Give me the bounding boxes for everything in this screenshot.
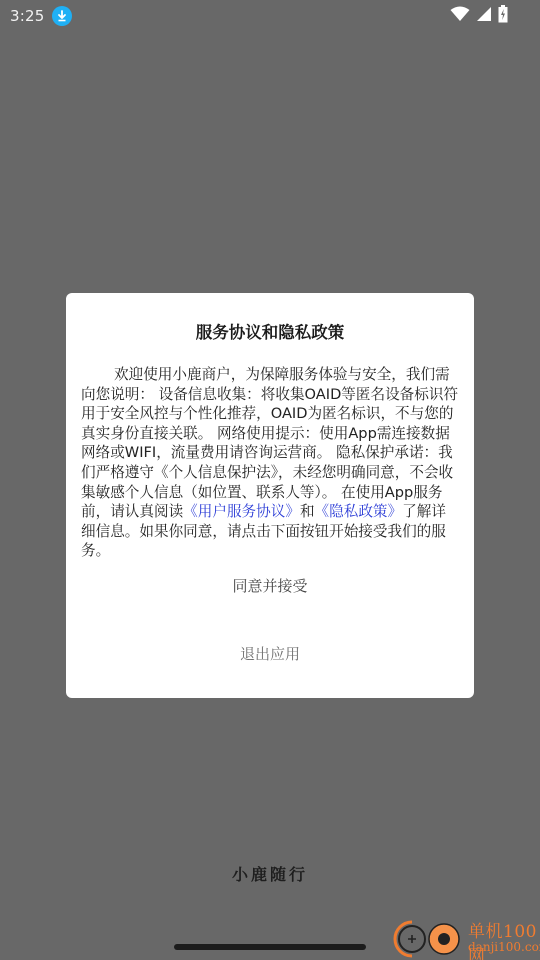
body-text-intro: 欢迎使用小鹿商户，为保障服务体验与安全，我们需向您说明： 设备信息收集：将收集O… bbox=[81, 366, 458, 520]
dialog-body: 欢迎使用小鹿商户，为保障服务体验与安全，我们需向您说明： 设备信息收集：将收集O… bbox=[81, 365, 459, 561]
exit-app-button[interactable]: 退出应用 bbox=[66, 643, 474, 667]
battery-charging-icon bbox=[498, 5, 508, 27]
watermark-en-text: danji100.com bbox=[468, 940, 540, 954]
dialog-title: 服务协议和隐私政策 bbox=[66, 319, 474, 343]
watermark-logo-icon bbox=[392, 919, 468, 960]
app-brand-name: 小鹿随行 bbox=[0, 862, 540, 885]
screen: 3:25 小鹿随行 服务协议和隐私 bbox=[0, 0, 540, 960]
privacy-dialog: 服务协议和隐私政策 欢迎使用小鹿商户，为保障服务体验与安全，我们需向您说明： 设… bbox=[66, 293, 474, 698]
user-agreement-link[interactable]: 《用户服务协议》 bbox=[183, 503, 300, 520]
accept-button[interactable]: 同意并接受 bbox=[66, 575, 474, 599]
body-text-and: 和 bbox=[300, 503, 315, 520]
home-gesture-bar[interactable] bbox=[174, 944, 366, 950]
status-icons bbox=[450, 5, 530, 27]
privacy-policy-link[interactable]: 《隐私政策》 bbox=[315, 503, 403, 520]
status-bar: 3:25 bbox=[0, 0, 540, 32]
signal-icon bbox=[476, 6, 492, 26]
watermark: 单机100网 danji100.com bbox=[390, 915, 540, 960]
status-time: 3:25 bbox=[10, 7, 44, 25]
wifi-icon bbox=[450, 6, 470, 26]
download-notification-icon bbox=[52, 6, 72, 26]
